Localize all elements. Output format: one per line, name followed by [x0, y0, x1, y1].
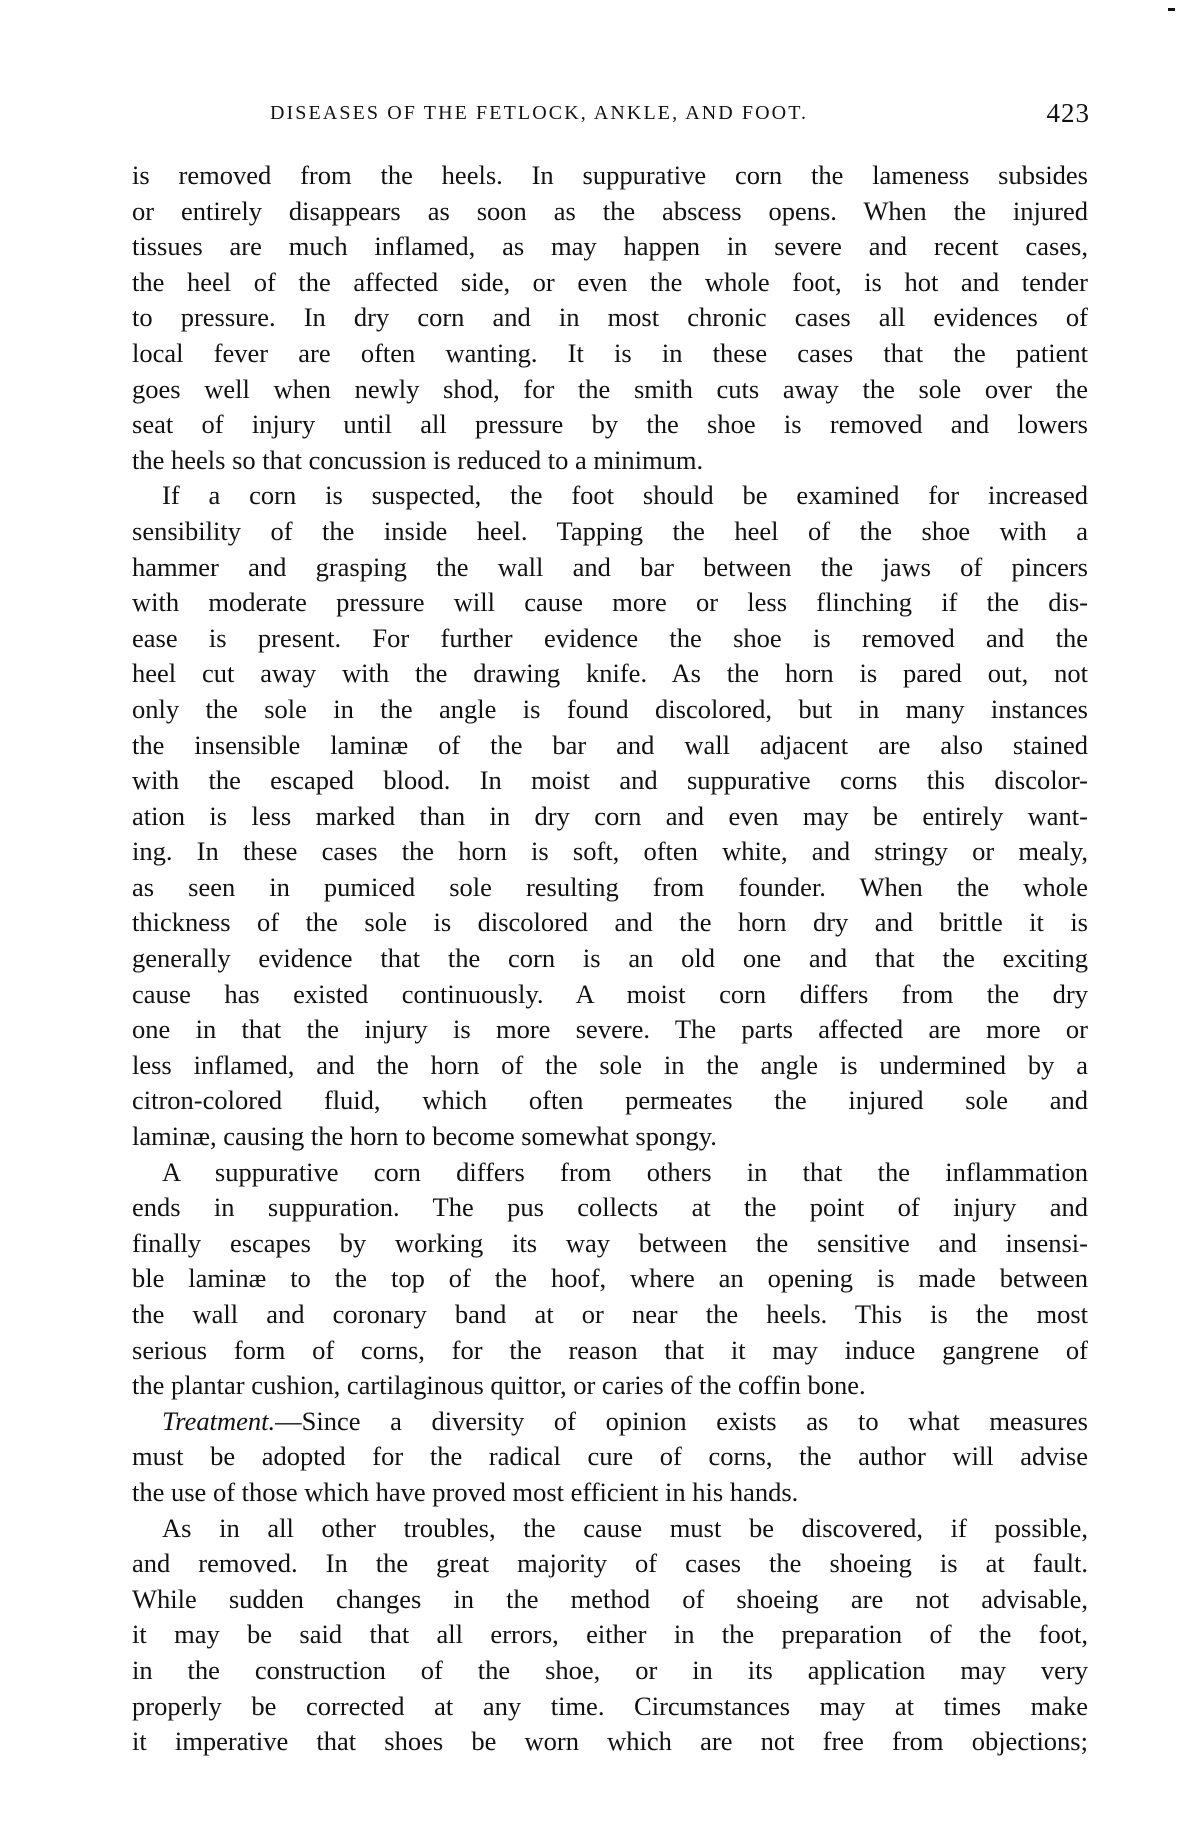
scan-artifact-mark — [1168, 8, 1175, 11]
text-line: serious form of corns, for the reason th… — [132, 1333, 1088, 1369]
text-line: If a corn is suspected, the foot should … — [132, 478, 1088, 514]
text-line: must be adopted for the radical cure of … — [132, 1439, 1088, 1475]
text-line: citron-colored fluid, which often permea… — [132, 1083, 1088, 1119]
text-line: ing. In these cases the horn is soft, of… — [132, 834, 1088, 870]
text-line: the heels so that concussion is reduced … — [132, 443, 1088, 479]
text-line: sensibility of the inside heel. Tapping … — [132, 514, 1088, 550]
text-line: generally evidence that the corn is an o… — [132, 941, 1088, 977]
text-line: it imperative that shoes be worn which a… — [132, 1724, 1088, 1760]
text-line: with moderate pressure will cause more o… — [132, 585, 1088, 621]
text-line: to pressure. In dry corn and in most chr… — [132, 300, 1088, 336]
text-line: and removed. In the great majority of ca… — [132, 1546, 1088, 1582]
text-line: While sudden changes in the method of sh… — [132, 1582, 1088, 1618]
treatment-heading: Treatment. — [162, 1406, 275, 1436]
text-line: properly be corrected at any time. Circu… — [132, 1689, 1088, 1725]
text-line: ease is present. For further evidence th… — [132, 621, 1088, 657]
text-line: Treatment.—Since a diversity of opinion … — [132, 1404, 1088, 1440]
text-line: seat of injury until all pressure by the… — [132, 407, 1088, 443]
text-line: hammer and grasping the wall and bar bet… — [132, 550, 1088, 586]
page-number: 423 — [1047, 98, 1091, 129]
text-line: ble laminæ to the top of the hoof, where… — [132, 1261, 1088, 1297]
text-line: laminæ, causing the horn to become somew… — [132, 1119, 1088, 1155]
text-line: only the sole in the angle is found disc… — [132, 692, 1088, 728]
text-line: ends in suppuration. The pus collects at… — [132, 1190, 1088, 1226]
running-title: DISEASES OF THE FETLOCK, ANKLE, AND FOOT… — [270, 102, 808, 125]
text-line: less inflamed, and the horn of the sole … — [132, 1048, 1088, 1084]
text-line: cause has existed continuously. A moist … — [132, 977, 1088, 1013]
text-line: it may be said that all errors, either i… — [132, 1617, 1088, 1653]
text-line: the plantar cushion, cartilaginous quitt… — [132, 1368, 1088, 1404]
page-body: is removed from the heels. In suppurativ… — [132, 158, 1088, 1760]
text-line: finally escapes by working its way betwe… — [132, 1226, 1088, 1262]
text-line: one in that the injury is more severe. T… — [132, 1012, 1088, 1048]
text-line: A suppurative corn differs from others i… — [132, 1155, 1088, 1191]
text-line: goes well when newly shod, for the smith… — [132, 372, 1088, 408]
text-line: local fever are often wanting. It is in … — [132, 336, 1088, 372]
text-line: in the construction of the shoe, or in i… — [132, 1653, 1088, 1689]
running-head: DISEASES OF THE FETLOCK, ANKLE, AND FOOT… — [270, 98, 1090, 132]
text-line-rest: —Since a diversity of opinion exists as … — [275, 1406, 1088, 1436]
text-line: As in all other troubles, the cause must… — [132, 1511, 1088, 1547]
text-line: is removed from the heels. In suppurativ… — [132, 158, 1088, 194]
text-line: the insensible laminæ of the bar and wal… — [132, 728, 1088, 764]
text-line: ation is less marked than in dry corn an… — [132, 799, 1088, 835]
text-line: tissues are much inflamed, as may happen… — [132, 229, 1088, 265]
text-line: the heel of the affected side, or even t… — [132, 265, 1088, 301]
text-line: the wall and coronary band at or near th… — [132, 1297, 1088, 1333]
text-line: thickness of the sole is discolored and … — [132, 905, 1088, 941]
text-line: heel cut away with the drawing knife. As… — [132, 656, 1088, 692]
text-line: the use of those which have proved most … — [132, 1475, 1088, 1511]
text-line: as seen in pumiced sole resulting from f… — [132, 870, 1088, 906]
text-line: with the escaped blood. In moist and sup… — [132, 763, 1088, 799]
text-line: or entirely disappears as soon as the ab… — [132, 194, 1088, 230]
